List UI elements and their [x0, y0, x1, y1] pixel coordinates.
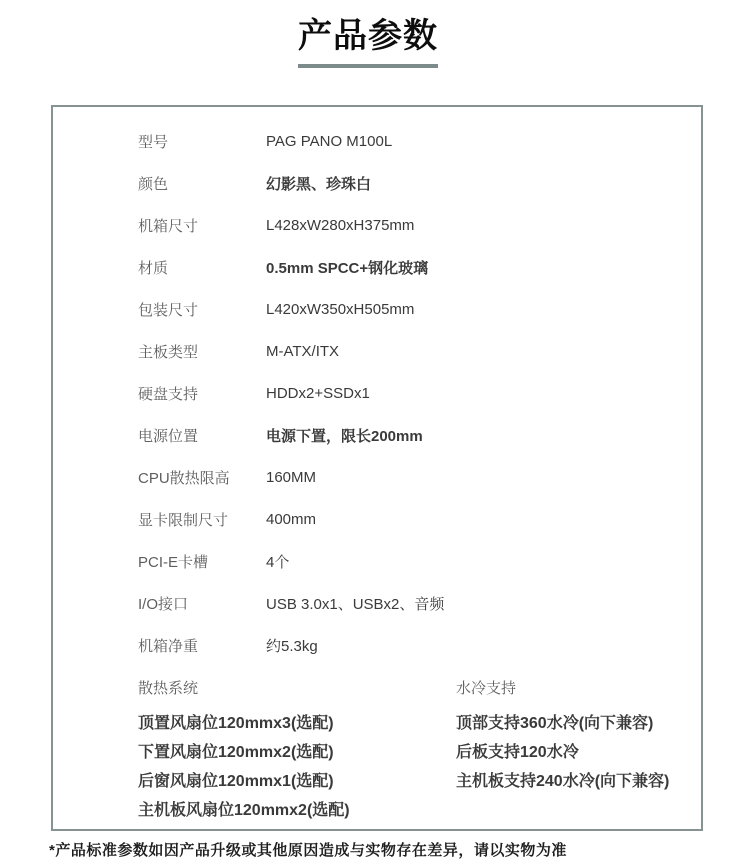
- spec-label: 包装尺寸: [138, 299, 266, 320]
- spec-label: 机箱净重: [138, 635, 266, 656]
- cooling-item: 主机板支持240水冷(向下兼容): [456, 767, 701, 796]
- spec-row-motherboard: 主板类型 M-ATX/ITX: [138, 330, 701, 372]
- spec-row-io-ports: I/O接口 USB 3.0x1、USBx2、音频: [138, 582, 701, 624]
- spec-row-gpu-limit: 显卡限制尺寸 400mm: [138, 498, 701, 540]
- spec-label: 电源位置: [138, 425, 266, 446]
- page-title: 产品参数: [298, 16, 438, 57]
- spec-value: HDDx2+SSDx1: [266, 385, 370, 402]
- spec-value: PAG PANO M100L: [266, 133, 392, 150]
- spec-label: PCI-E卡槽: [138, 551, 266, 572]
- spec-value: L428xW280xH375mm: [266, 217, 414, 234]
- spec-row-color: 颜色 幻影黑、珍珠白: [138, 162, 701, 204]
- cooling-system-title: 散热系统: [138, 671, 456, 703]
- spec-value: 400mm: [266, 511, 316, 528]
- spec-label: 颜色: [138, 173, 266, 194]
- spec-row-model: 型号 PAG PANO M100L: [138, 120, 701, 162]
- cooling-item: 后板支持120水冷: [456, 738, 701, 767]
- spec-value: 电源下置，限长200mm: [266, 425, 423, 446]
- spec-rows: 型号 PAG PANO M100L 颜色 幻影黑、珍珠白 机箱尺寸 L428xW…: [53, 107, 701, 666]
- spec-row-drive-support: 硬盘支持 HDDx2+SSDx1: [138, 372, 701, 414]
- page-header: 产品参数: [0, 0, 736, 68]
- spec-label: 主板类型: [138, 341, 266, 362]
- spec-value: 幻影黑、珍珠白: [266, 173, 371, 194]
- cooling-item: 下置风扇位120mmx2(选配): [138, 738, 456, 767]
- title-underline: [298, 64, 438, 68]
- spec-value: 0.5mm SPCC+钢化玻璃: [266, 257, 428, 278]
- spec-value: 4个: [266, 551, 289, 572]
- cooling-item: 后窗风扇位120mmx1(选配): [138, 767, 456, 796]
- spec-label: I/O接口: [138, 593, 266, 614]
- spec-label: 机箱尺寸: [138, 215, 266, 236]
- product-parameters-page: 产品参数 型号 PAG PANO M100L 颜色 幻影黑、珍珠白 机箱尺寸 L…: [0, 0, 736, 862]
- spec-value: 160MM: [266, 469, 316, 486]
- footer-note: *产品标准参数如因产品升级或其他原因造成与实物存在差异，请以实物为准: [49, 839, 567, 860]
- spec-value: L420xW350xH505mm: [266, 301, 414, 318]
- spec-label: CPU散热限高: [138, 467, 266, 488]
- cooling-system-items: 顶置风扇位120mmx3(选配) 下置风扇位120mmx2(选配) 后窗风扇位1…: [138, 709, 456, 825]
- cooling-item: 主机板风扇位120mmx2(选配): [138, 796, 456, 825]
- cooling-item: 顶部支持360水冷(向下兼容): [456, 709, 701, 738]
- spec-label: 材质: [138, 257, 266, 278]
- spec-row-psu-position: 电源位置 电源下置，限长200mm: [138, 414, 701, 456]
- spec-row-package-size: 包装尺寸 L420xW350xH505mm: [138, 288, 701, 330]
- cooling-item: 顶置风扇位120mmx3(选配): [138, 709, 456, 738]
- spec-row-material: 材质 0.5mm SPCC+钢化玻璃: [138, 246, 701, 288]
- spec-row-case-size: 机箱尺寸 L428xW280xH375mm: [138, 204, 701, 246]
- cooling-section: 散热系统 顶置风扇位120mmx3(选配) 下置风扇位120mmx2(选配) 后…: [53, 671, 701, 825]
- spec-row-cpu-cooler-height: CPU散热限高 160MM: [138, 456, 701, 498]
- spec-row-pcie-slots: PCI-E卡槽 4个: [138, 540, 701, 582]
- water-cooling-title: 水冷支持: [456, 671, 701, 703]
- water-cooling-items: 顶部支持360水冷(向下兼容) 后板支持120水冷 主机板支持240水冷(向下兼…: [456, 709, 701, 796]
- spec-value: USB 3.0x1、USBx2、音频: [266, 593, 444, 614]
- water-cooling-column: 水冷支持 顶部支持360水冷(向下兼容) 后板支持120水冷 主机板支持240水…: [456, 671, 701, 825]
- spec-value: 约5.3kg: [266, 635, 318, 656]
- spec-label: 型号: [138, 131, 266, 152]
- spec-label: 硬盘支持: [138, 383, 266, 404]
- spec-label: 显卡限制尺寸: [138, 509, 266, 530]
- spec-value: M-ATX/ITX: [266, 343, 339, 360]
- spec-row-net-weight: 机箱净重 约5.3kg: [138, 624, 701, 666]
- spec-table: 型号 PAG PANO M100L 颜色 幻影黑、珍珠白 机箱尺寸 L428xW…: [51, 105, 703, 831]
- cooling-system-column: 散热系统 顶置风扇位120mmx3(选配) 下置风扇位120mmx2(选配) 后…: [138, 671, 456, 825]
